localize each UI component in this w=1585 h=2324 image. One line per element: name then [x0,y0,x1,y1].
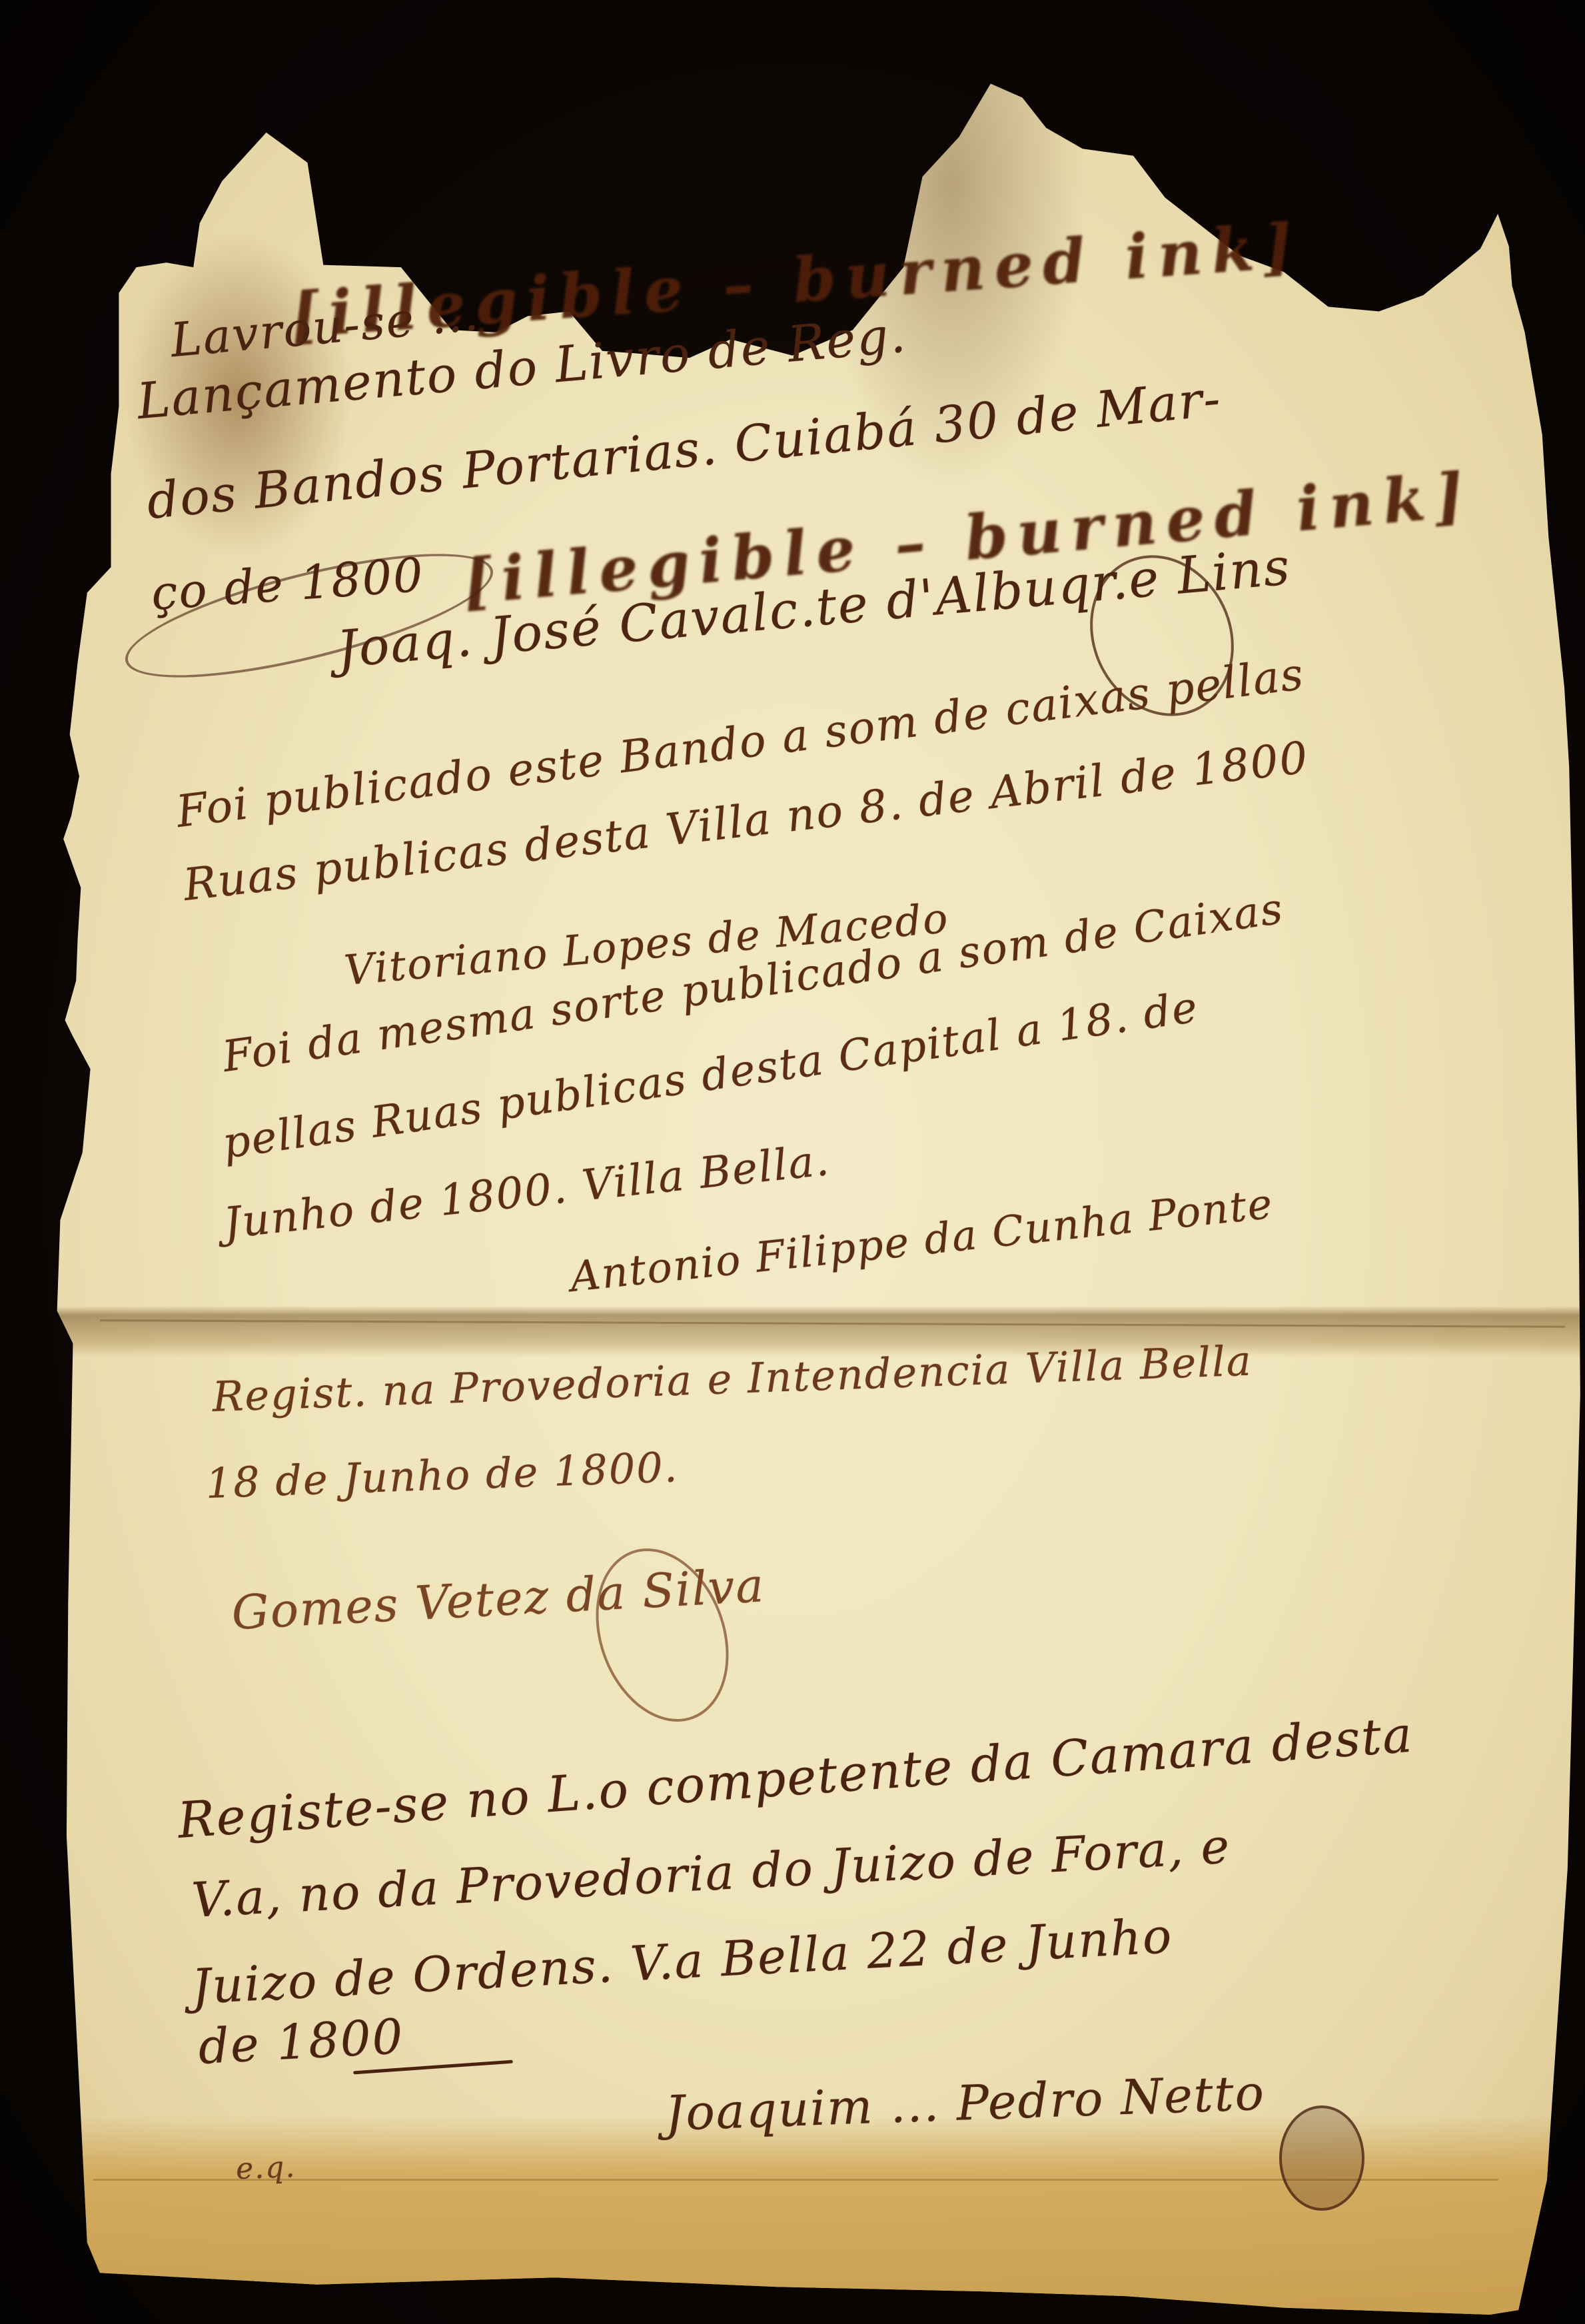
note-4-line-4: de 1800 [197,2008,406,2075]
signature-rubric-5 [1279,2105,1364,2211]
margin-mark: e.q. [235,2150,296,2186]
